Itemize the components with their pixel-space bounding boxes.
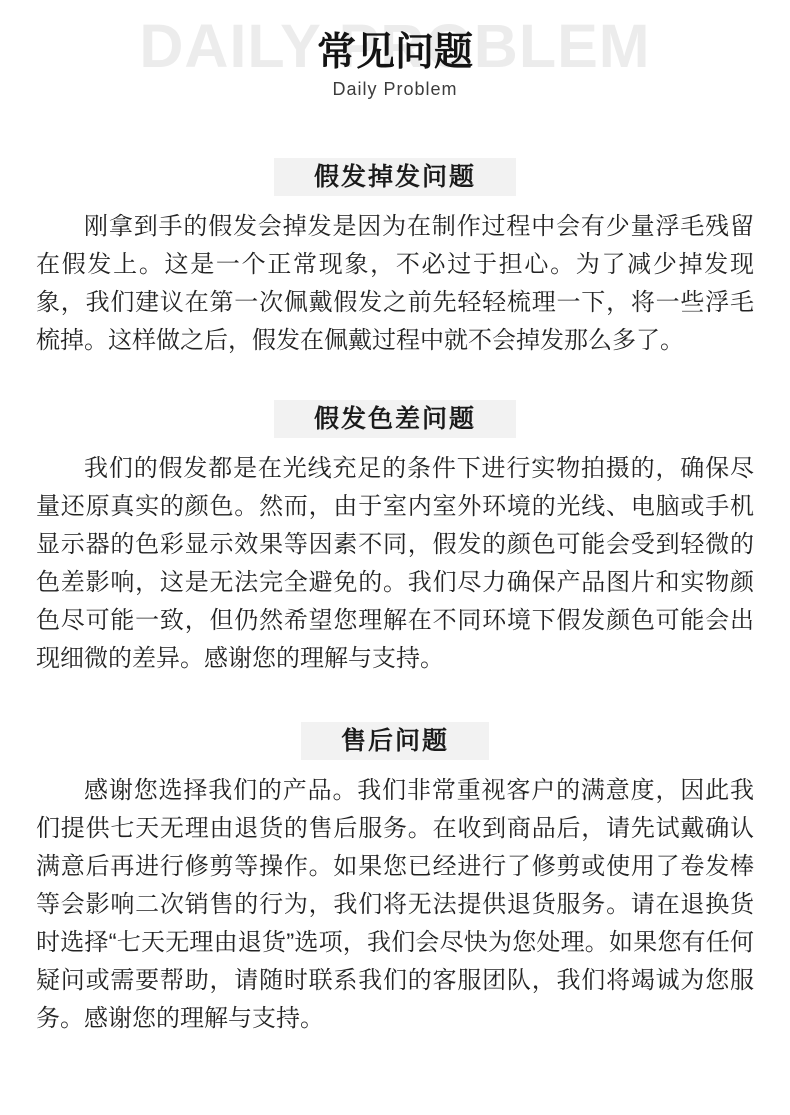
page-title: 常见问题: [0, 32, 790, 74]
faq-page: DAILY PROBLEM 常见问题 Daily Problem 假发掉发问题 …: [0, 0, 790, 1115]
section-body-text: 感谢您选择我们的产品。我们非常重视客户的满意度，因此我们提供七天无理由退货的售后…: [36, 772, 754, 1038]
page-subtitle: Daily Problem: [0, 78, 790, 100]
section-heading-badge: 售后问题: [301, 722, 489, 760]
page-header: DAILY PROBLEM 常见问题 Daily Problem: [0, 0, 790, 110]
section-color-difference: 假发色差问题 我们的假发都是在光线充足的条件下进行实物拍摄的，确保尽量还原真实的…: [0, 400, 790, 678]
section-body-text: 我们的假发都是在光线充足的条件下进行实物拍摄的，确保尽量还原真实的颜色。然而，由…: [36, 450, 754, 678]
section-heading-badge: 假发掉发问题: [274, 158, 516, 196]
section-heading-badge: 假发色差问题: [274, 400, 516, 438]
section-hair-shedding: 假发掉发问题 刚拿到手的假发会掉发是因为在制作过程中会有少量浮毛残留在假发上。这…: [0, 158, 790, 360]
section-body-text: 刚拿到手的假发会掉发是因为在制作过程中会有少量浮毛残留在假发上。这是一个正常现象…: [36, 208, 754, 360]
section-after-sales: 售后问题 感谢您选择我们的产品。我们非常重视客户的满意度，因此我们提供七天无理由…: [0, 722, 790, 1038]
